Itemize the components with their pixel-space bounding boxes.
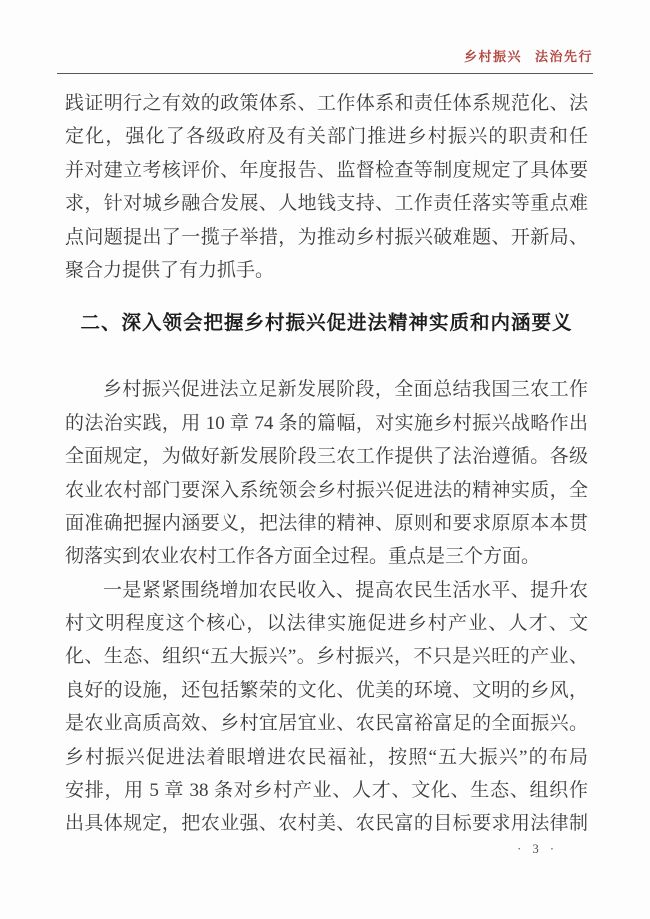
paragraph: 一是紧紧围绕增加农民收入、提高农民生活水平、提升农村文明程度这个核心，以法律实施… bbox=[65, 574, 588, 841]
document-page: 乡村振兴法治先行 践证明行之有效的政策体系、工作体系和责任体系规范化、法定化，强… bbox=[0, 0, 650, 919]
section-heading: 二、深入领会把握乡村振兴促进法精神实质和内涵要义 bbox=[65, 309, 588, 337]
document-body: 践证明行之有效的政策体系、工作体系和责任体系规范化、法定化，强化了各级政府及有关… bbox=[65, 87, 588, 841]
text-line: 彻落实到农业农村工作各方面全过程。重点是三个方面。 bbox=[65, 540, 588, 573]
text-line: 聚合力提供了有力抓手。 bbox=[65, 254, 588, 287]
page-header: 乡村振兴法治先行 bbox=[57, 0, 593, 74]
text-line: 一是紧紧围绕增加农民收入、提高农民生活水平、提升农 bbox=[65, 574, 588, 607]
text-line: 出具体规定，把农业强、农村美、农民富的目标要求用法律制 bbox=[65, 807, 588, 840]
running-head-right: 法治先行 bbox=[535, 49, 593, 64]
text-line: 定化，强化了各级政府及有关部门推进乡村振兴的职责和任务， bbox=[65, 120, 588, 153]
text-line: 安排，用 5 章 38 条对乡村产业、人才、文化、生态、组织作 bbox=[65, 774, 588, 807]
paragraph: 乡村振兴促进法立足新发展阶段，全面总结我国三农工作的法治实践，用 10 章 74… bbox=[65, 373, 588, 573]
text-line: 村文明程度这个核心，以法律实施促进乡村产业、人才、文 bbox=[65, 607, 588, 640]
text-line: 化、生态、组织“五大振兴”。乡村振兴，不只是兴旺的产业、 bbox=[65, 640, 588, 673]
text-line: 农业农村部门要深入系统领会乡村振兴促进法的精神实质，全 bbox=[65, 474, 588, 507]
text-line: 乡村振兴促进法立足新发展阶段，全面总结我国三农工作 bbox=[65, 373, 588, 406]
text-line: 求，针对城乡融合发展、人地钱支持、工作责任落实等重点难 bbox=[65, 187, 588, 220]
paragraph: 践证明行之有效的政策体系、工作体系和责任体系规范化、法定化，强化了各级政府及有关… bbox=[65, 87, 588, 287]
text-line: 面准确把握内涵要义，把法律的精神、原则和要求原原本本贯 bbox=[65, 507, 588, 540]
text-line: 践证明行之有效的政策体系、工作体系和责任体系规范化、法 bbox=[65, 87, 588, 120]
text-line: 点问题提出了一揽子举措，为推动乡村振兴破难题、开新局、 bbox=[65, 221, 588, 254]
text-line: 全面规定，为做好新发展阶段三农工作提供了法治遵循。各级 bbox=[65, 440, 588, 473]
text-line: 的法治实践，用 10 章 74 条的篇幅，对实施乡村振兴战略作出 bbox=[65, 407, 588, 440]
header-divider bbox=[57, 73, 593, 74]
text-line: 良好的设施，还包括繁荣的文化、优美的环境、文明的乡风， bbox=[65, 674, 588, 707]
running-head-left: 乡村振兴 bbox=[464, 49, 522, 64]
page-number: · 3 · bbox=[517, 842, 558, 857]
text-line: 乡村振兴促进法着眼增进农民福祉，按照“五大振兴”的布局 bbox=[65, 741, 588, 774]
text-line: 是农业高质高效、乡村宜居宜业、农民富裕富足的全面振兴。 bbox=[65, 707, 588, 740]
text-line: 并对建立考核评价、年度报告、监督检查等制度规定了具体要 bbox=[65, 154, 588, 187]
running-head: 乡村振兴法治先行 bbox=[57, 0, 593, 65]
